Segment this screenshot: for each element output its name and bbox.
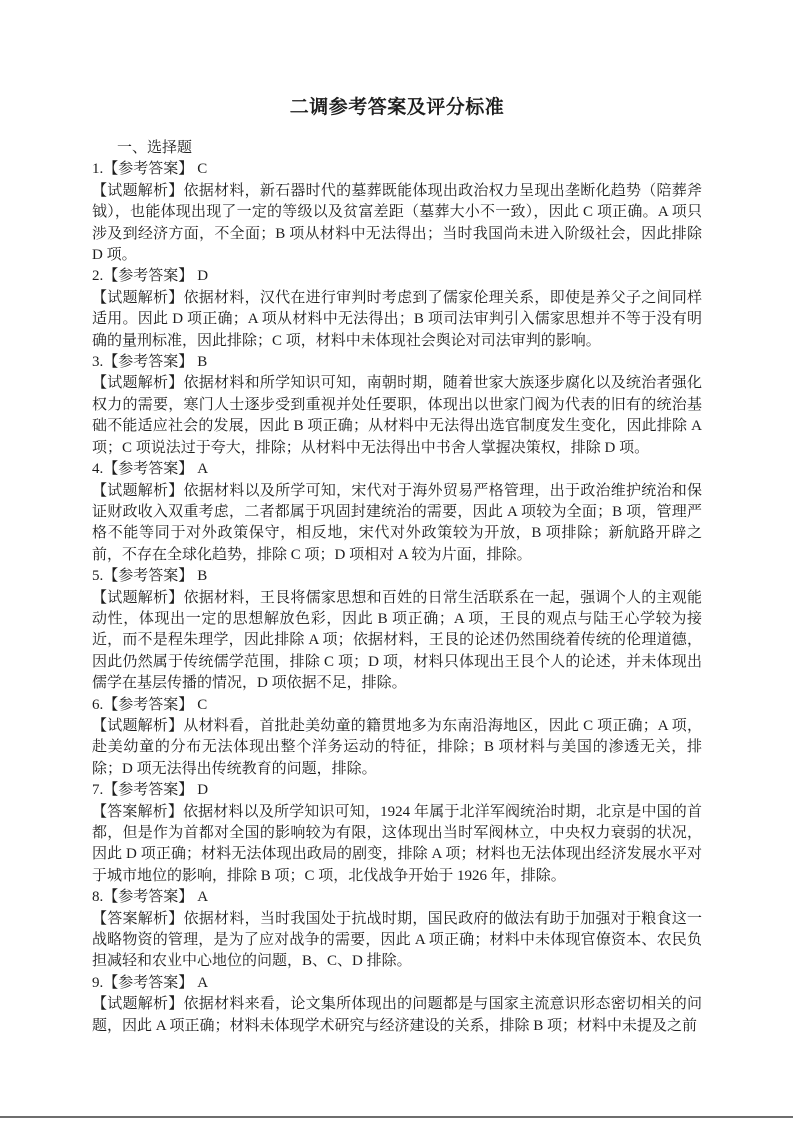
analysis-text: 依据材料，当时我国处于抗战时期，国民政府的做法有助于加强对于粮食这一战略物资的管… <box>92 911 702 970</box>
answer-label: 【参考答案】 <box>103 461 193 477</box>
answer-label: 【参考答案】 <box>103 975 193 991</box>
answer-item-8: 8.【参考答案】A 【答案解析】依据材料，当时我国处于抗战时期，国民政府的做法有… <box>92 887 702 973</box>
answer-letter: D <box>197 782 208 798</box>
question-number: 4. <box>92 461 103 477</box>
analysis-paragraph: 【试题解析】依据材料，新石器时代的墓葬既能体现出政治权力呈现出垄断化趋势（陪葬斧… <box>92 181 702 267</box>
answer-letter: B <box>197 354 207 370</box>
answer-item-2: 2.【参考答案】D 【试题解析】依据材料，汉代在进行审判时考虑到了儒家伦理关系，… <box>92 266 702 352</box>
analysis-label: 【答案解析】 <box>92 911 184 927</box>
analysis-label: 【试题解析】 <box>92 718 183 734</box>
answer-letter: C <box>197 697 207 713</box>
section-heading: 一、选择题 <box>92 138 702 159</box>
answer-line: 1.【参考答案】C <box>92 159 702 180</box>
answer-label: 【参考答案】 <box>103 782 193 798</box>
document-page: 二调参考答案及评分标准 一、选择题 1.【参考答案】C 【试题解析】依据材料，新… <box>0 0 793 1122</box>
analysis-text: 依据材料以及所学知识可知，1924 年属于北洋军阀统治时期，北京是中国的首都，但… <box>92 804 702 884</box>
answer-item-3: 3.【参考答案】B 【试题解析】依据材料和所学知识可知，南朝时期，随着世家大族逐… <box>92 352 702 459</box>
analysis-paragraph: 【试题解析】依据材料以及所学可知，宋代对于海外贸易严格管理，出于政治维护统治和保… <box>92 481 702 567</box>
analysis-text: 依据材料，新石器时代的墓葬既能体现出政治权力呈现出垄断化趋势（陪葬斧钺），也能体… <box>92 183 702 263</box>
answer-line: 9.【参考答案】A <box>92 973 702 994</box>
answer-line: 7.【参考答案】D <box>92 780 702 801</box>
page-title: 二调参考答案及评分标准 <box>92 96 702 120</box>
analysis-text: 依据材料，汉代在进行审判时考虑到了儒家伦理关系，即使是养父子之间同样适用。因此 … <box>92 290 702 349</box>
analysis-text: 依据材料以及所学可知，宋代对于海外贸易严格管理，出于政治维护统治和保证财政收入双… <box>92 483 702 563</box>
analysis-text: 依据材料，王艮将儒家思想和百姓的日常生活联系在一起，强调个人的主观能动性，体现出… <box>92 590 702 692</box>
answer-item-5: 5.【参考答案】B 【试题解析】依据材料，王艮将儒家思想和百姓的日常生活联系在一… <box>92 566 702 694</box>
answer-label: 【参考答案】 <box>103 268 193 284</box>
analysis-label: 【试题解析】 <box>92 290 184 306</box>
question-number: 9. <box>92 975 103 991</box>
answer-label: 【参考答案】 <box>103 161 193 177</box>
question-number: 7. <box>92 782 103 798</box>
answer-line: 4.【参考答案】A <box>92 459 702 480</box>
question-number: 6. <box>92 697 103 713</box>
analysis-text: 从材料看，首批赴美幼童的籍贯地多为东南沿海地区，因此 C 项正确；A 项，赴美幼… <box>92 718 702 777</box>
answer-item-6: 6.【参考答案】C 【试题解析】从材料看，首批赴美幼童的籍贯地多为东南沿海地区，… <box>92 695 702 781</box>
analysis-paragraph: 【答案解析】依据材料，当时我国处于抗战时期，国民政府的做法有助于加强对于粮食这一… <box>92 909 702 973</box>
answer-letter: B <box>197 568 207 584</box>
answer-letter: C <box>197 161 207 177</box>
analysis-paragraph: 【试题解析】依据材料，汉代在进行审判时考虑到了儒家伦理关系，即使是养父子之间同样… <box>92 288 702 352</box>
analysis-label: 【答案解析】 <box>92 804 183 820</box>
question-number: 3. <box>92 354 103 370</box>
answer-line: 8.【参考答案】A <box>92 887 702 908</box>
answer-line: 2.【参考答案】D <box>92 266 702 287</box>
answer-letter: A <box>197 461 208 477</box>
answer-label: 【参考答案】 <box>103 697 193 713</box>
analysis-label: 【试题解析】 <box>92 483 184 499</box>
analysis-text: 依据材料和所学知识可知，南朝时期，随着世家大族逐步腐化以及统治者强化权力的需要，… <box>92 375 702 455</box>
question-number: 5. <box>92 568 103 584</box>
analysis-label: 【试题解析】 <box>92 996 184 1012</box>
answer-letter: A <box>197 889 208 905</box>
answer-item-4: 4.【参考答案】A 【试题解析】依据材料以及所学可知，宋代对于海外贸易严格管理，… <box>92 459 702 566</box>
analysis-label: 【试题解析】 <box>92 590 184 606</box>
answer-item-7: 7.【参考答案】D 【答案解析】依据材料以及所学知识可知，1924 年属于北洋军… <box>92 780 702 887</box>
answer-letter: A <box>197 975 208 991</box>
answer-item-9: 9.【参考答案】A 【试题解析】依据材料来看，论文集所体现出的问题都是与国家主流… <box>92 973 702 1037</box>
answer-line: 6.【参考答案】C <box>92 695 702 716</box>
question-number: 1. <box>92 161 103 177</box>
answer-label: 【参考答案】 <box>103 889 193 905</box>
question-number: 2. <box>92 268 103 284</box>
answer-label: 【参考答案】 <box>103 568 193 584</box>
analysis-paragraph: 【试题解析】从材料看，首批赴美幼童的籍贯地多为东南沿海地区，因此 C 项正确；A… <box>92 716 702 780</box>
question-number: 8. <box>92 889 103 905</box>
page-bottom-edge-line <box>0 1116 793 1118</box>
answer-line: 3.【参考答案】B <box>92 352 702 373</box>
analysis-paragraph: 【试题解析】依据材料和所学知识可知，南朝时期，随着世家大族逐步腐化以及统治者强化… <box>92 373 702 459</box>
analysis-label: 【试题解析】 <box>92 183 184 199</box>
analysis-paragraph: 【试题解析】依据材料，王艮将儒家思想和百姓的日常生活联系在一起，强调个人的主观能… <box>92 588 702 695</box>
analysis-label: 【试题解析】 <box>92 375 184 391</box>
answer-item-1: 1.【参考答案】C 【试题解析】依据材料，新石器时代的墓葬既能体现出政治权力呈现… <box>92 159 702 266</box>
answer-label: 【参考答案】 <box>103 354 193 370</box>
analysis-text: 依据材料来看，论文集所体现出的问题都是与国家主流意识形态密切相关的问题，因此 A… <box>92 996 702 1033</box>
analysis-paragraph: 【试题解析】依据材料来看，论文集所体现出的问题都是与国家主流意识形态密切相关的问… <box>92 994 702 1037</box>
answer-letter: D <box>197 268 208 284</box>
analysis-paragraph: 【答案解析】依据材料以及所学知识可知，1924 年属于北洋军阀统治时期，北京是中… <box>92 802 702 888</box>
answer-line: 5.【参考答案】B <box>92 566 702 587</box>
